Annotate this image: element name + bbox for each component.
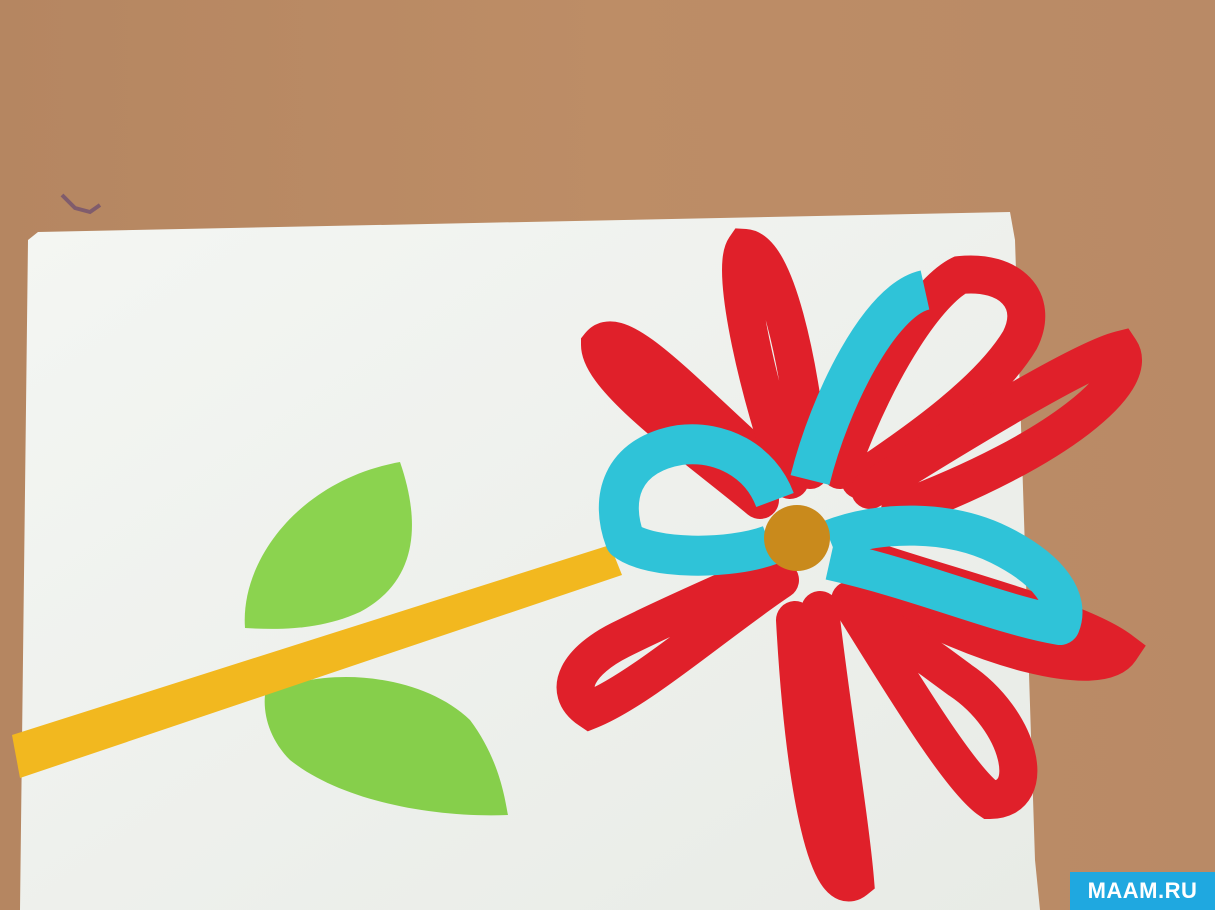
watermark: MAAM.RU xyxy=(1070,872,1215,910)
photo-scene xyxy=(0,0,1215,910)
flower-center xyxy=(764,505,830,571)
